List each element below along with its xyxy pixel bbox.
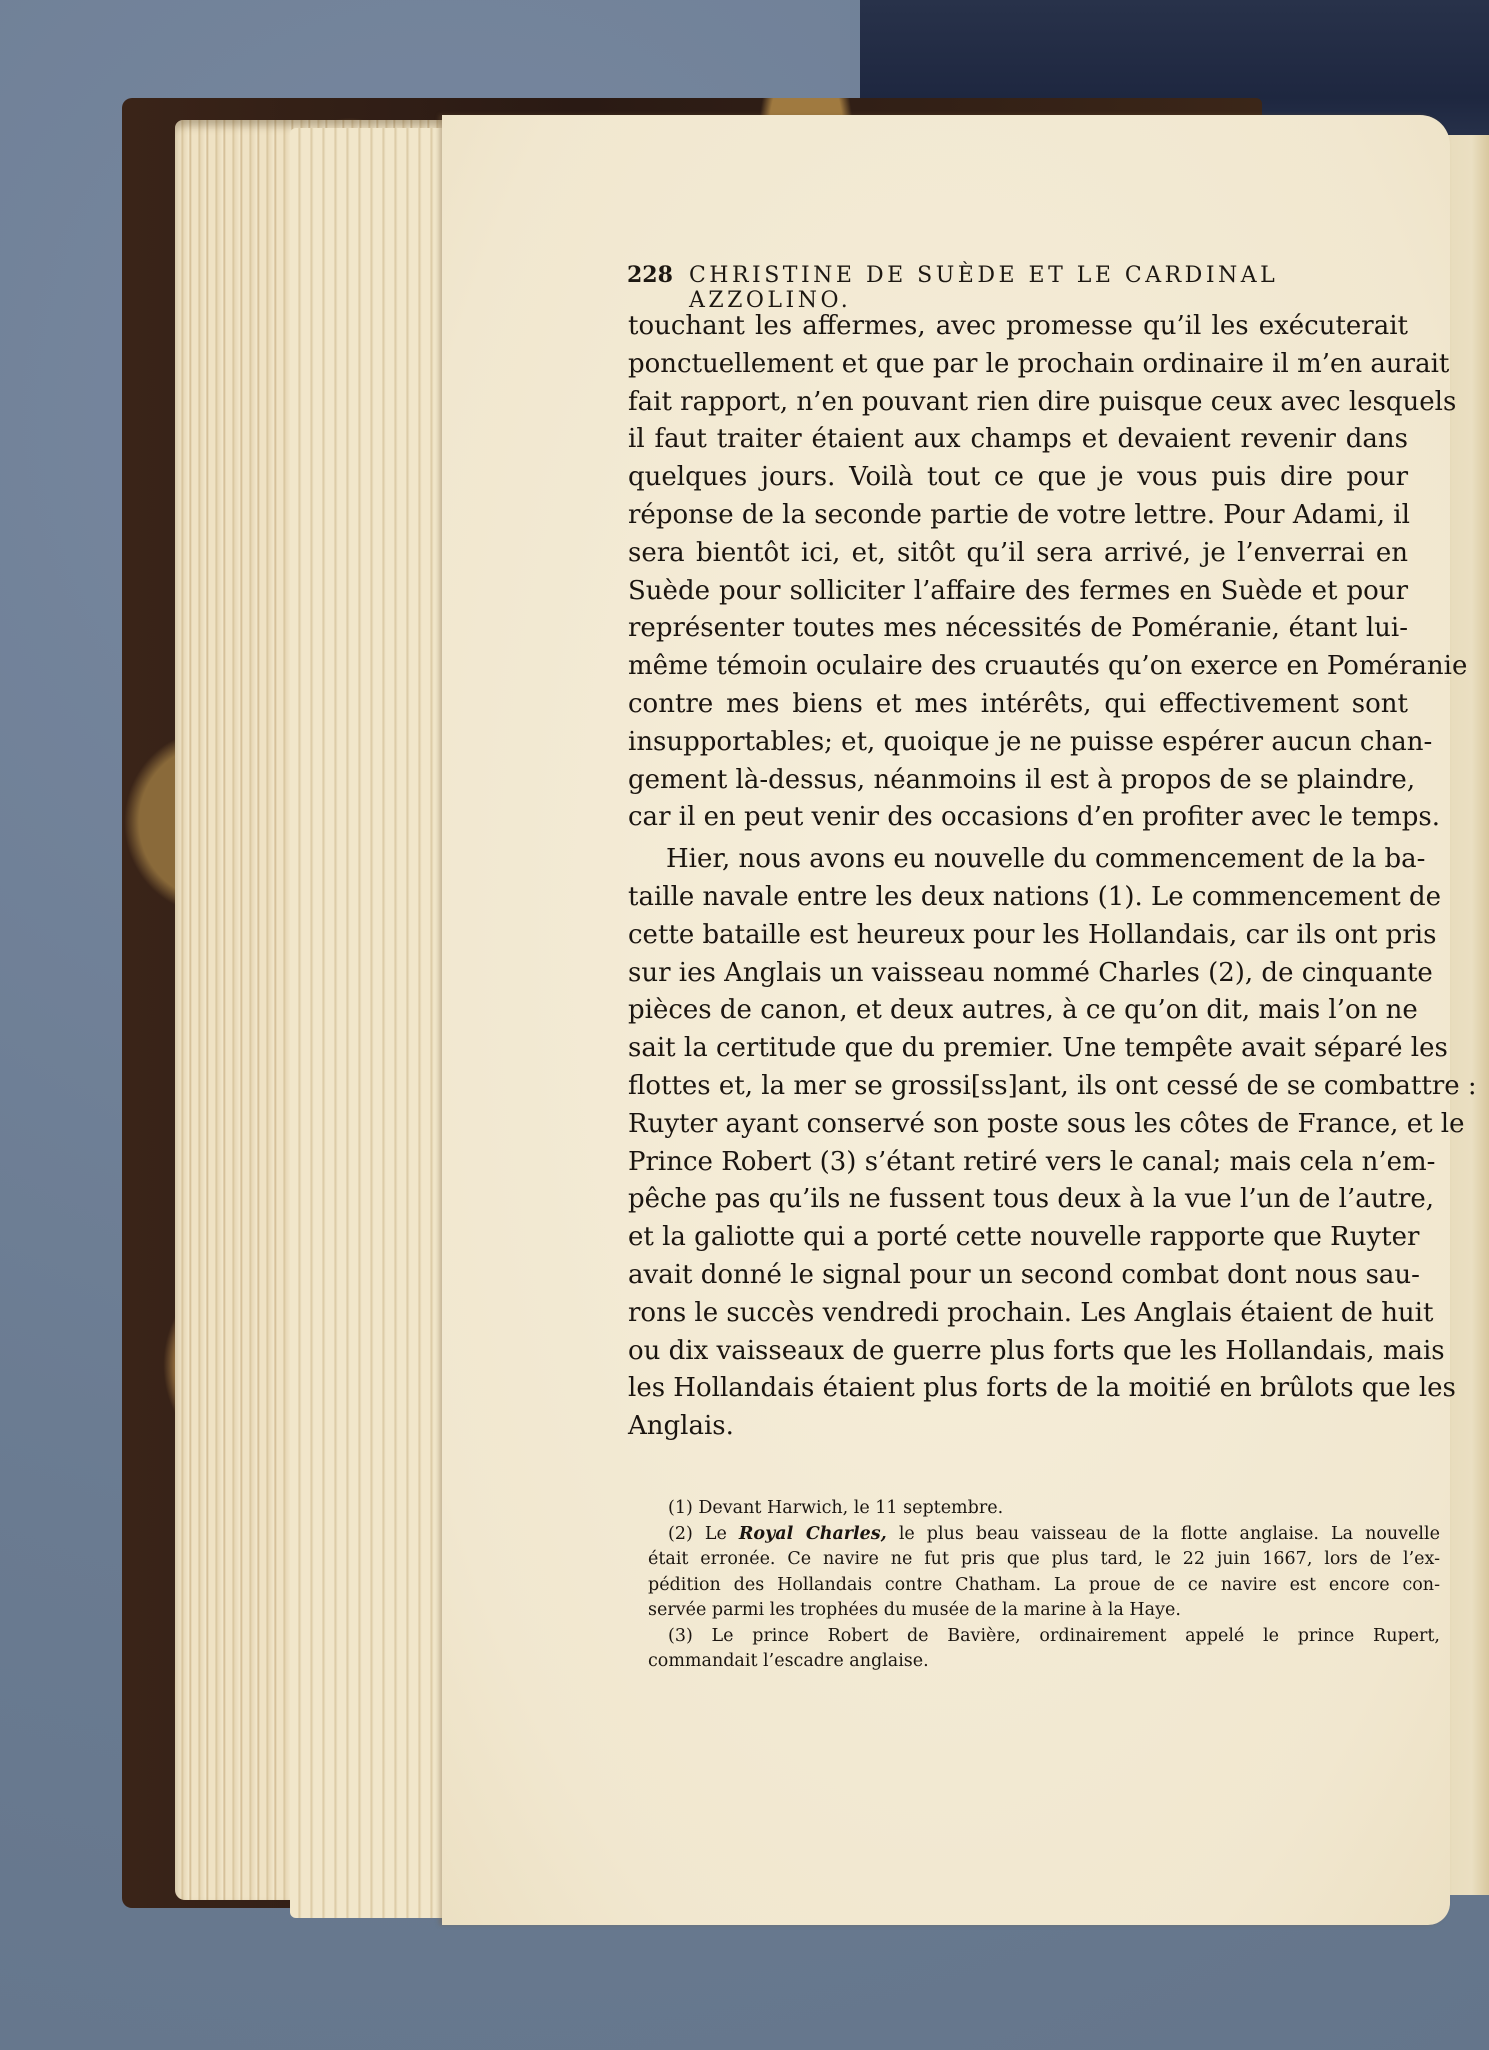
text-line: ou dix vaisseaux de guerre plus forts qu…: [628, 1333, 1408, 1371]
text-line: et la galiotte qui a porté cette nouvell…: [628, 1219, 1408, 1257]
text-line: touchant les affermes, avec promesse qu’…: [628, 308, 1408, 346]
text-line: insupportables; et, quoique je ne puisse…: [628, 724, 1408, 762]
text-line: représenter toutes mes nécessités de Pom…: [628, 610, 1408, 648]
footnote-2-line: servée parmi les trophées du musée de la…: [648, 1598, 1440, 1624]
footnote-text: le plus beau vaisseau de la flotte angla…: [899, 1524, 1440, 1544]
running-header: 228 CHRISTINE DE SUÈDE ET LE CARDINAL AZ…: [627, 262, 1402, 313]
text-line: gement là-dessus, néanmoins il est à pro…: [628, 762, 1408, 800]
ship-name: Royal Charles,: [739, 1524, 887, 1544]
text-line: sur ies Anglais un vaisseau nommé Charle…: [628, 955, 1408, 993]
text-line: car il en peut venir des occasions d’en …: [628, 799, 1408, 837]
page-number: 228: [627, 262, 673, 288]
running-title: CHRISTINE DE SUÈDE ET LE CARDINAL AZZOLI…: [689, 263, 1402, 313]
text-line: quelques jours. Voilà tout ce que je vou…: [628, 459, 1408, 497]
footnote-marker: (3): [668, 1626, 693, 1646]
text-line: ponctuellement et que par le prochain or…: [628, 346, 1408, 384]
footnote-marker: (2): [668, 1524, 693, 1544]
footnote-2-line: pédition des Hollandais contre Chatham. …: [648, 1573, 1440, 1599]
body-text: touchant les affermes, avec promesse qu’…: [628, 308, 1408, 1446]
text-line: sera bientôt ici, et, sitôt qu’il sera a…: [628, 535, 1408, 573]
text-line: cette bataille est heureux pour les Holl…: [628, 917, 1408, 955]
footnote-text: Le: [705, 1524, 727, 1544]
footnote-3: (3) Le prince Robert de Bavière, ordinai…: [648, 1624, 1440, 1650]
text-line: même témoin oculaire des cruautés qu’on …: [628, 648, 1408, 686]
footnote-3-line: commandait l’escadre anglaise.: [648, 1649, 1440, 1675]
paragraph-2: Hier, nous avons eu nouvelle du commence…: [628, 841, 1408, 1446]
footnote-2-line: était erronée. Ce navire ne fut pris que…: [648, 1547, 1440, 1573]
footnote-text: Devant Harwich, le 11 septembre.: [698, 1498, 1003, 1518]
text-line: les Hollandais étaient plus forts de la …: [628, 1370, 1408, 1408]
text-line: fait rapport, n’en pouvant rien dire pui…: [628, 384, 1408, 422]
text-line: réponse de la seconde partie de votre le…: [628, 497, 1408, 535]
text-line: flottes et, la mer se grossi[ss]ant, ils…: [628, 1068, 1408, 1106]
text-line: rons le succès vendredi prochain. Les An…: [628, 1295, 1408, 1333]
inner-page-stack: [290, 128, 450, 1918]
text-line: taille navale entre les deux nations (1)…: [628, 879, 1408, 917]
paragraph-1: touchant les affermes, avec promesse qu’…: [628, 308, 1408, 837]
text-line: avait donné le signal pour un second com…: [628, 1257, 1408, 1295]
text-line: contre mes biens et mes intérêts, qui ef…: [628, 686, 1408, 724]
footnote-2: (2) Le Royal Charles, le plus beau vaiss…: [648, 1522, 1440, 1548]
text-line: Suède pour solliciter l’affaire des ferm…: [628, 573, 1408, 611]
text-line: Anglais.: [628, 1408, 1408, 1446]
text-line: sait la certitude que du premier. Une te…: [628, 1030, 1408, 1068]
text-line: Prince Robert (3) s’étant retiré vers le…: [628, 1144, 1408, 1182]
text-line: Ruyter ayant conservé son poste sous les…: [628, 1106, 1408, 1144]
footnotes: (1) Devant Harwich, le 11 septembre. (2)…: [648, 1496, 1440, 1675]
footnote-marker: (1): [668, 1498, 693, 1518]
text-line: il faut traiter étaient aux champs et de…: [628, 421, 1408, 459]
text-line: pêche pas qu’ils ne fussent tous deux à …: [628, 1181, 1408, 1219]
text-line: Hier, nous avons eu nouvelle du commence…: [628, 841, 1408, 879]
footnote-text: Le prince Robert de Bavière, ordinaireme…: [712, 1626, 1440, 1646]
footnote-1: (1) Devant Harwich, le 11 septembre.: [648, 1496, 1440, 1522]
text-line: pièces de canon, et deux autres, à ce qu…: [628, 992, 1408, 1030]
